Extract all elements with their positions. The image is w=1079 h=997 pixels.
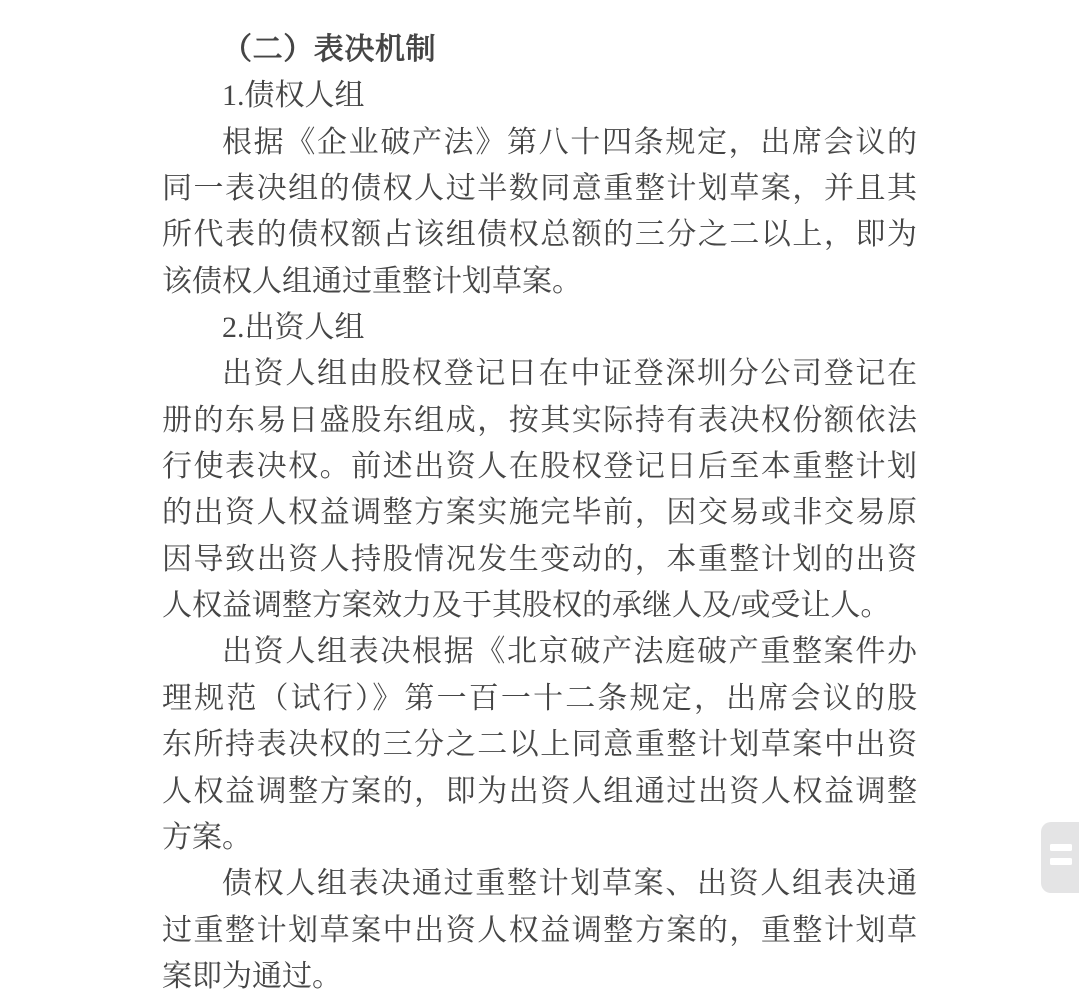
text-line: 过重整计划草案中出资人权益调整方案的，重整计划草 [162, 908, 917, 954]
subsection-heading-2: 2.出资人组 [162, 305, 917, 351]
text-line: 人权益调整方案效力及于其股权的承继人及/或受让人。 [162, 583, 917, 629]
text-line: 案即为通过。 [162, 954, 917, 997]
text-line: 东所持表决权的三分之二以上同意重整计划草案中出资 [162, 722, 917, 768]
text-line: 册的东易日盛股东组成，按其实际持有表决权份额依法 [162, 398, 917, 444]
text-line: 出资人组由股权登记日在中证登深圳分公司登记在 [162, 351, 917, 397]
text-line: 人权益调整方案的，即为出资人组通过出资人权益调整 [162, 769, 917, 815]
text-line: 同一表决组的债权人过半数同意重整计划草案，并且其 [162, 166, 917, 212]
text-line: 出资人组表决根据《北京破产法庭破产重整案件办 [162, 629, 917, 675]
drag-handle[interactable] [1041, 822, 1079, 893]
drag-handle-icon [1050, 858, 1072, 865]
section-heading: （二）表决机制 [162, 27, 917, 73]
text-line: 该债权人组通过重整计划草案。 [162, 259, 917, 305]
text-line: 根据《企业破产法》第八十四条规定，出席会议的 [162, 120, 917, 166]
text-line: 理规范（试行）》第一百一十二条规定，出席会议的股 [162, 676, 917, 722]
subsection-heading-1: 1.债权人组 [162, 73, 917, 119]
text-line: 行使表决权。前述出资人在股权登记日后至本重整计划 [162, 444, 917, 490]
text-line: 债权人组表决通过重整计划草案、出资人组表决通 [162, 861, 917, 907]
text-line: 所代表的债权额占该组债权总额的三分之二以上，即为 [162, 212, 917, 258]
document-page: （二）表决机制 1.债权人组 根据《企业破产法》第八十四条规定，出席会议的 同一… [162, 27, 917, 997]
text-line: 方案。 [162, 815, 917, 861]
text-line: 因导致出资人持股情况发生变动的，本重整计划的出资 [162, 537, 917, 583]
drag-handle-icon [1050, 844, 1072, 851]
text-line: 的出资人权益调整方案实施完毕前，因交易或非交易原 [162, 490, 917, 536]
document-viewer: { "document": { "lines": [ { "text": "（二… [0, 0, 1079, 997]
